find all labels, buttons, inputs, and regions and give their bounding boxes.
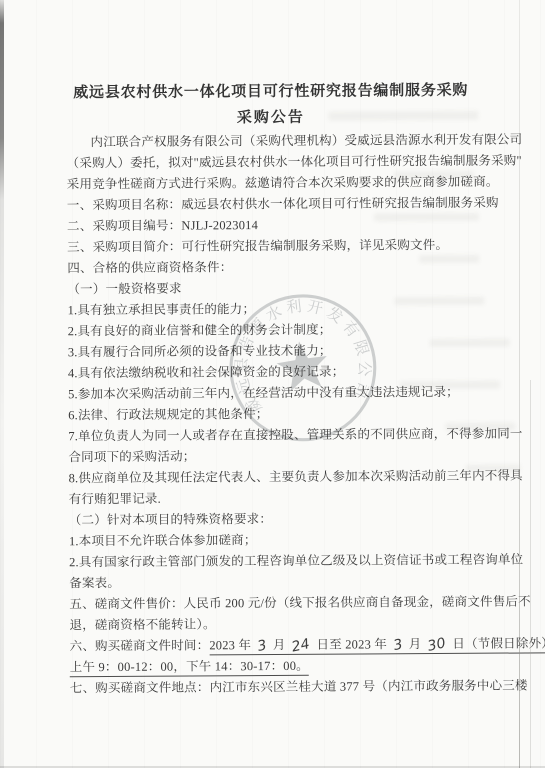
document-title: 威远县农村供水一体化项目可行性研究报告编制服务采购 <box>0 78 543 102</box>
purchase-time-label: 六、购买磋商文件时间： <box>70 638 210 653</box>
special-req-item-wrap: 备案表。 <box>69 571 494 595</box>
date-text: 日至 2023 年 <box>313 637 390 651</box>
scan-edge-left <box>0 0 4 768</box>
general-req-item: 4.具有依法缴纳税收和社会保障资金的良好记录； <box>68 361 493 385</box>
document-page: 威远县农村供水一体化项目可行性研究报告编制服务采购 采购公告 威远县浩源水利开发… <box>0 0 545 768</box>
date-text: 2023 年 <box>209 638 254 652</box>
date-text: 月 <box>270 638 289 652</box>
general-req-item: 5.参加本次采购活动前三年内，在经营活动中没有重大违法违规记录； <box>68 382 493 406</box>
handwritten-day: 24 <box>287 633 315 659</box>
handwritten-day: 30 <box>423 633 451 659</box>
section-project-number: 二、采购项目编号：NJLJ-2023014 <box>67 214 492 238</box>
general-req-item: 6.法律、行政法规规定的其他条件； <box>68 403 493 427</box>
scanned-document: { "colors": { "paper": "#fafaf8", "text"… <box>0 0 545 768</box>
special-req-item: 2.具有国家行政主管部门颁发的工程咨询单位乙级及以上资信证书或工程咨询单位 <box>69 550 494 574</box>
document-body: 内江联合产权服务有限公司（采购代理机构）受威远县浩源水利开发有限公司 （采购人）… <box>66 130 494 700</box>
general-req-item-wrap: 合同项下的采购活动； <box>68 445 493 469</box>
hours-underlined: 上午 9：00-12：00，下午 14：30-17：00。 <box>70 659 309 677</box>
scan-edge-right <box>519 0 520 768</box>
section-doc-price: 五、磋商文件售价：人民币 200 元/份（线下报名供应商自备现金，磋商文件售后不 <box>69 592 494 616</box>
special-req-item: 1.本项目不允许联合体参加磋商； <box>69 529 494 553</box>
section-purchase-time-hours: 上午 9：00-12：00，下午 14：30-17：00。 <box>70 655 495 679</box>
section-purchase-location: 七、购买磋商文件地点：内江市东兴区兰桂大道 377 号（内江市政务服务中心三楼 <box>70 676 495 700</box>
subsection-special-header: （二）针对本项目的特殊资格要求： <box>69 508 494 532</box>
purchase-time-underlined: 2023 年 3 月 24 日至 2023 年 3 月 30 日（节假日除外）， <box>209 636 545 655</box>
intro-line: 采用竞争性磋商方式进行采购。兹邀请符合本次采购要求的供应商参加磋商。 <box>67 172 492 196</box>
general-req-item: 8.供应商单位及其现任法定代表人、主要负责人参加本次采购活动前三年内不得具 <box>69 466 494 490</box>
section-project-name: 一、采购项目名称：威远县农村供水一体化项目可行性研究报告编制服务采购 <box>67 193 492 217</box>
section-project-brief: 三、采购项目简介：可行性研究报告编制服务采购，详见采购文件。 <box>67 235 492 259</box>
section-purchase-time: 六、购买磋商文件时间：2023 年 3 月 24 日至 2023 年 3 月 3… <box>70 634 495 658</box>
subsection-general-header: （一）一般资格要求 <box>67 277 492 301</box>
general-req-item: 7.单位负责人为同一人或者存在直接控股、管理关系的不同供应商，不得参加同一 <box>68 424 493 448</box>
intro-line: （采购人）委托，拟对"威远县农村供水一体化项目可行性研究报告编制服务采购" <box>67 151 492 175</box>
general-req-item-wrap: 有行贿犯罪记录. <box>69 487 494 511</box>
date-text: 月 <box>405 637 424 651</box>
general-req-item: 1.具有独立承担民事责任的能力； <box>67 298 492 322</box>
general-req-item: 3.具有履行合同所必须的设备和专业技术能力； <box>68 340 493 364</box>
general-req-item: 2.具有良好的商业信誉和健全的财务会计制度； <box>68 319 493 343</box>
intro-line: 内江联合产权服务有限公司（采购代理机构）受威远县浩源水利开发有限公司 <box>66 130 491 154</box>
document-subtitle: 采购公告 <box>0 104 543 128</box>
section-doc-price-wrap: 退，磋商资格不能转让）。 <box>69 613 494 637</box>
scan-edge-right-secondary <box>530 380 531 768</box>
section-qualification-header: 四、合格的供应商资格条件： <box>67 256 492 280</box>
